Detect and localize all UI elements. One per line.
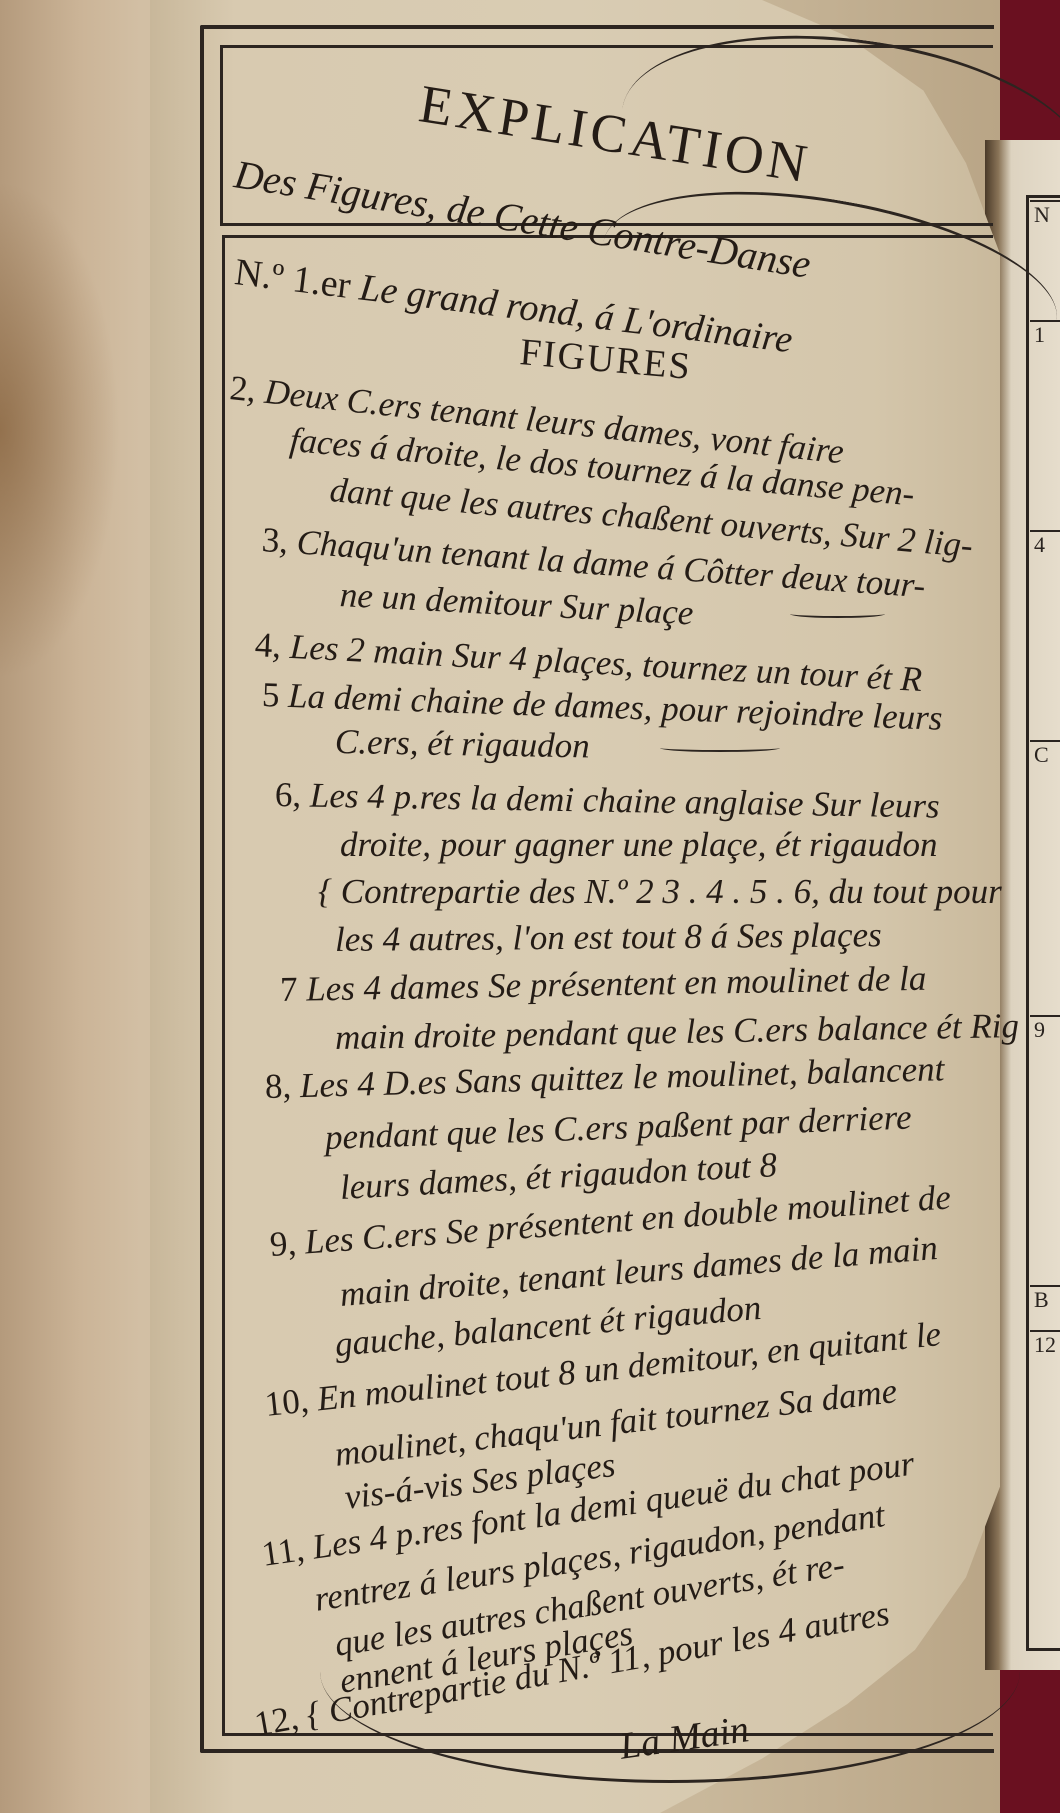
entry-6-line-4: les 4 autres, l'on est tout 8 á Ses plaç…	[335, 915, 882, 960]
facing-cell: C	[1030, 740, 1060, 952]
flourish-line	[660, 744, 780, 752]
facing-cell: 4	[1030, 530, 1060, 742]
entry-6-line-2: droite, pour gagner une plaçe, ét rigaud…	[340, 825, 938, 865]
facing-cell: 12	[1030, 1330, 1060, 1632]
facing-cell: B	[1030, 1285, 1060, 1332]
flourish-line	[790, 610, 885, 618]
entry-6-line-3: { Contrepartie des N.º 2 3 . 4 . 5 . 6, …	[318, 872, 1002, 912]
entry-5-line-2: C.ers, ét rigaudon	[335, 722, 590, 766]
facing-cell: 9	[1030, 1015, 1060, 1287]
facing-cell: 1	[1030, 320, 1060, 532]
finger-shadow	[0, 180, 120, 680]
